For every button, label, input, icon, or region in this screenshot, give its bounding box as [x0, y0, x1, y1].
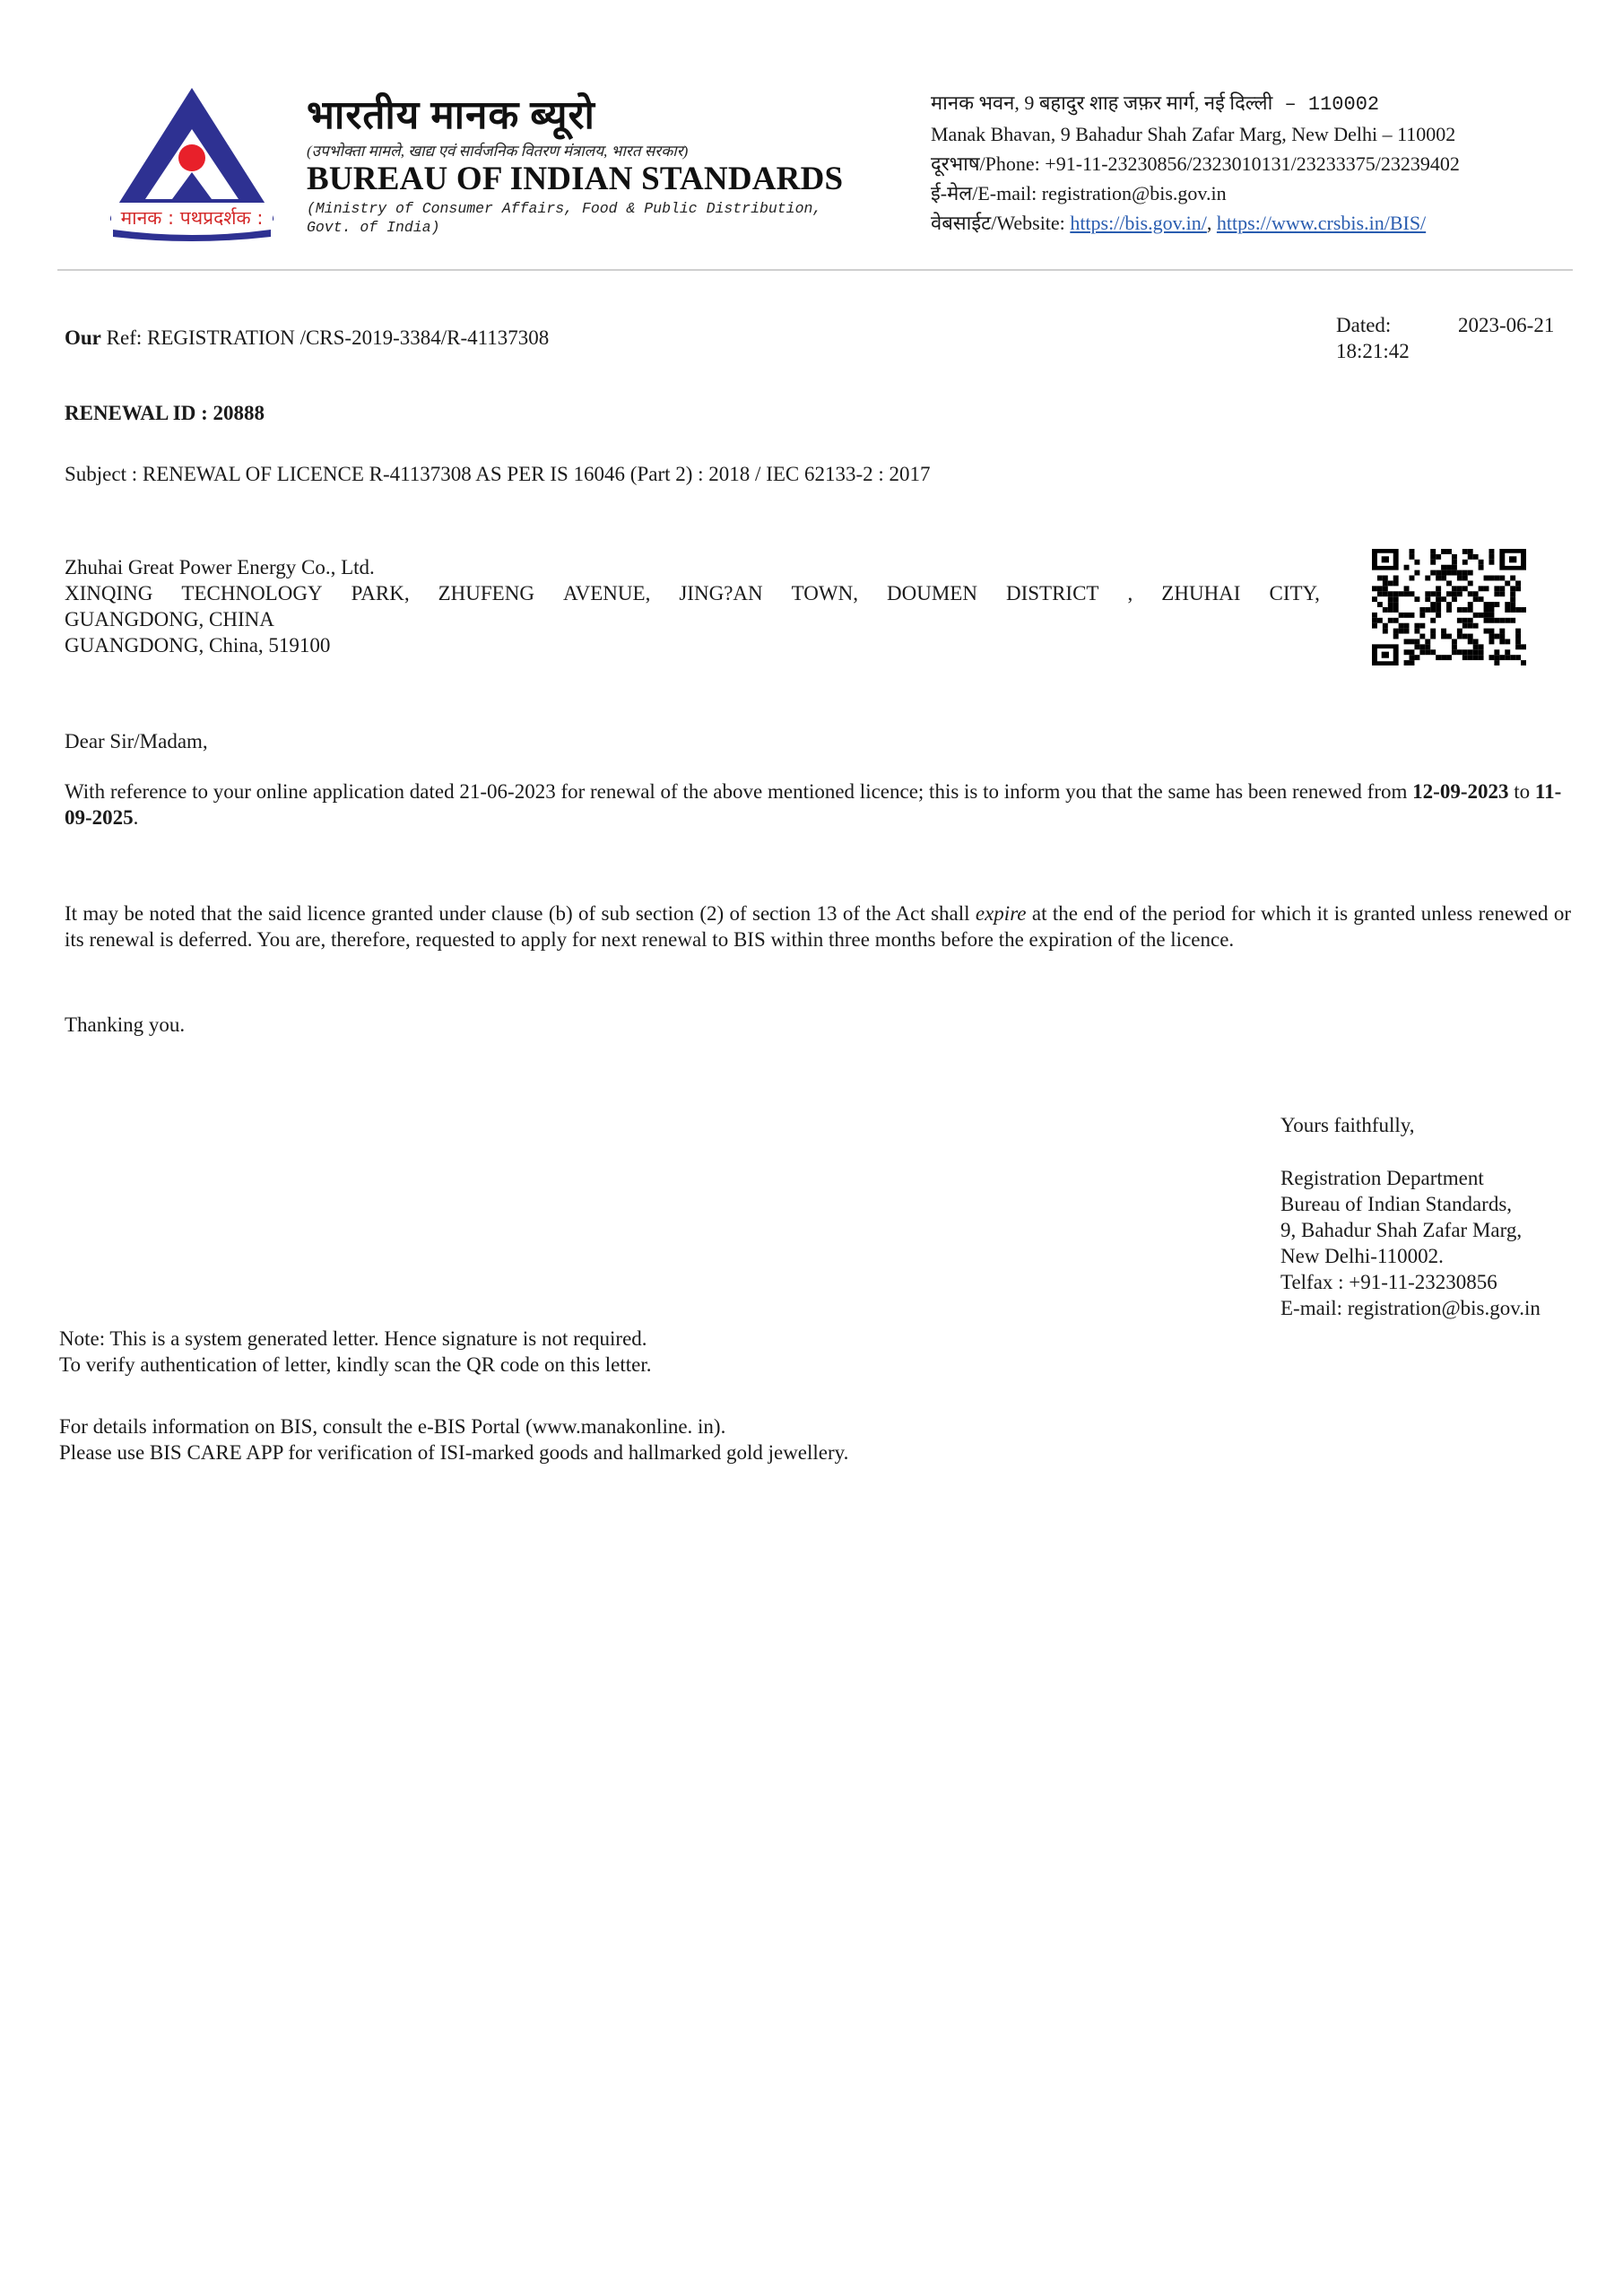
- addressee-company: Zhuhai Great Power Energy Co., Ltd.: [65, 554, 1320, 580]
- signature-line: 9, Bahadur Shah Zafar Marg,: [1280, 1217, 1541, 1243]
- signature-block: Yours faithfully, Registration Departmen…: [1280, 1112, 1541, 1321]
- address-hindi: मानक भवन, 9 बहादुर शाह जफ़र मार्ग, नई दि…: [931, 88, 1460, 119]
- signature-line: Bureau of Indian Standards,: [1280, 1191, 1541, 1217]
- expiry-paragraph: It may be noted that the said licence gr…: [65, 900, 1571, 952]
- ministry-hindi: (उपभोक्ता मामले, खाद्य एवं सार्वजनिक वित…: [307, 140, 688, 161]
- note-line: To verify authentication of letter, kind…: [59, 1352, 651, 1378]
- signature-line: E-mail: registration@bis.gov.in: [1280, 1295, 1541, 1321]
- addressee-province: GUANGDONG, CHINA: [65, 606, 1320, 632]
- addressee-block: Zhuhai Great Power Energy Co., Ltd. XINQ…: [65, 554, 1320, 658]
- subject-line: Subject : RENEWAL OF LICENCE R-41137308 …: [65, 461, 931, 487]
- dated-date: 2023-06-21: [1458, 314, 1554, 336]
- closing-line: Thanking you.: [65, 1012, 185, 1038]
- website-link-bis[interactable]: https://bis.gov.in/: [1070, 212, 1207, 234]
- renewal-id: RENEWAL ID : 20888: [65, 400, 265, 426]
- system-note: Note: This is a system generated letter.…: [59, 1326, 651, 1378]
- valid-from-date: 12-09-2023: [1412, 780, 1508, 803]
- address-english: Manak Bhavan, 9 Bahadur Shah Zafar Marg,…: [931, 119, 1460, 149]
- bis-logo-triangle-icon: मानक : पथप्रदर्शक :: [106, 83, 278, 244]
- signature-line: Registration Department: [1280, 1165, 1541, 1191]
- addressee-street: XINQINGTECHNOLOGYPARK,ZHUFENGAVENUE,JING…: [65, 580, 1320, 606]
- footer-line: Please use BIS CARE APP for verification…: [59, 1439, 848, 1465]
- website-line: वेबसाईट/Website: https://bis.gov.in/, ht…: [931, 208, 1460, 238]
- footer-line: For details information on BIS, consult …: [59, 1413, 848, 1439]
- header-divider: [57, 269, 1573, 271]
- phone-line: दूरभाष/Phone: +91-11-23230856/2323010131…: [931, 149, 1460, 178]
- svg-text:मानक : पथप्रदर्शक :: मानक : पथप्रदर्शक :: [121, 207, 264, 229]
- valediction: Yours faithfully,: [1280, 1112, 1541, 1138]
- signature-line: Telfax : +91-11-23230856: [1280, 1269, 1541, 1295]
- org-title-english: BUREAU OF INDIAN STANDARDS: [307, 160, 843, 198]
- reference-number: Our Ref: REGISTRATION /CRS-2019-3384/R-4…: [65, 325, 549, 351]
- signature-line: New Delhi-110002.: [1280, 1243, 1541, 1269]
- footer-info: For details information on BIS, consult …: [59, 1413, 848, 1465]
- salutation: Dear Sir/Madam,: [65, 728, 208, 754]
- qr-code-icon[interactable]: [1372, 549, 1526, 665]
- email-line: ई-मेल/E-mail: registration@bis.gov.in: [931, 178, 1460, 208]
- website-link-crsbis[interactable]: https://www.crsbis.in/BIS/: [1217, 212, 1426, 234]
- note-line: Note: This is a system generated letter.…: [59, 1326, 651, 1352]
- renewal-paragraph: With reference to your online applicatio…: [65, 778, 1571, 831]
- ministry-english: (Ministry of Consumer Affairs, Food & Pu…: [307, 199, 890, 237]
- dated-block: Dated:2023-06-21 18:21:42: [1336, 312, 1578, 364]
- org-title-hindi: भारतीय मानक ब्यूरो: [307, 86, 595, 140]
- addressee-postal: GUANGDONG, China, 519100: [65, 632, 1320, 658]
- header-contact-block: मानक भवन, 9 बहादुर शाह जफ़र मार्ग, नई दि…: [931, 88, 1460, 238]
- dated-time: 18:21:42: [1336, 338, 1578, 364]
